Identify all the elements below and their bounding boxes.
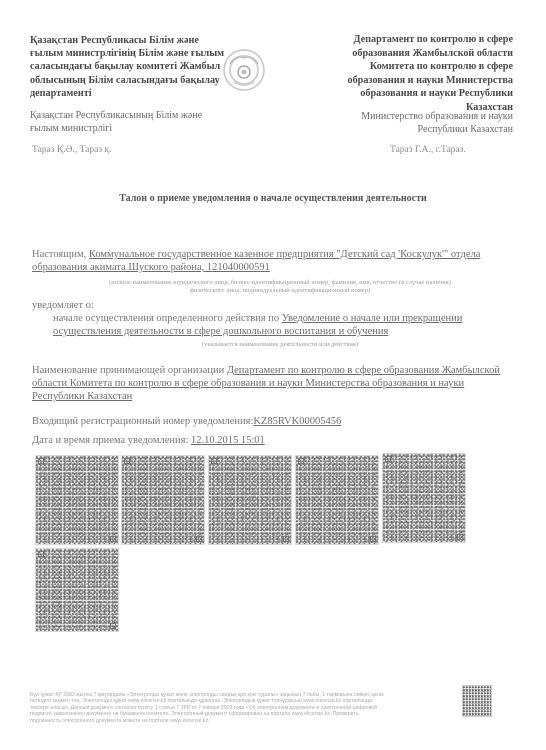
issuer-org-ru: Департамент по контролю в сфере образова…	[313, 33, 513, 115]
footer-legal-notice: Бұл құжат ҚР 2003 жылғы 7 қаңтардағы «Эл…	[30, 692, 385, 724]
city-kz: Тараз Қ.Ә., Тараз қ.	[32, 145, 111, 155]
receiving-org-label: Наименование принимающей организации	[32, 365, 224, 376]
qr-code-4	[295, 455, 379, 545]
ministry-kz: Қазақстан Республикасының Білім және ғыл…	[30, 109, 230, 135]
document-title: Талон о приеме уведомления о начале осущ…	[0, 193, 546, 204]
activity-note: (указывается наименование деятельности и…	[120, 341, 440, 349]
receiving-org-paragraph: Наименование принимающей организации Деп…	[32, 364, 512, 403]
qr-code-3	[208, 455, 292, 545]
qr-code-1	[35, 455, 119, 545]
ministry-ru: Министерство образования и науки Республ…	[313, 110, 513, 136]
date-label: Дата и время приема уведомления:	[32, 435, 188, 446]
reg-number-row: Входящий регистрационный номер уведомлен…	[32, 415, 512, 428]
state-emblem-icon	[222, 48, 266, 92]
reg-number-value: KZ85RVK00005456	[253, 416, 341, 427]
entity-note: (полное наименование юридического лица, …	[60, 279, 500, 295]
verification-qr-code	[462, 685, 492, 717]
reg-number-label: Входящий регистрационный номер уведомлен…	[32, 416, 253, 427]
city-ru: Тараз Г.А., г.Тараз.	[390, 145, 466, 155]
qr-code-6	[35, 548, 119, 632]
hereby-label: Настоящим,	[32, 249, 86, 260]
entity-name: Коммунальное государственное казенное пр…	[32, 249, 480, 273]
qr-code-5	[382, 453, 466, 543]
notifies-label: уведомляет о:	[32, 299, 94, 312]
activity-prefix: начале осуществления определенного дейст…	[53, 313, 279, 324]
issuer-org-kz: Қазақстан Республикасы Білім және ғылым …	[30, 34, 230, 100]
date-value: 12.10.2015 15:01	[191, 435, 265, 446]
date-row: Дата и время приема уведомления: 12.10.2…	[32, 434, 512, 447]
activity-paragraph: начале осуществления определенного дейст…	[53, 312, 513, 338]
qr-code-2	[121, 455, 205, 545]
entity-paragraph: Настоящим, Коммунальное государственное …	[32, 248, 512, 274]
